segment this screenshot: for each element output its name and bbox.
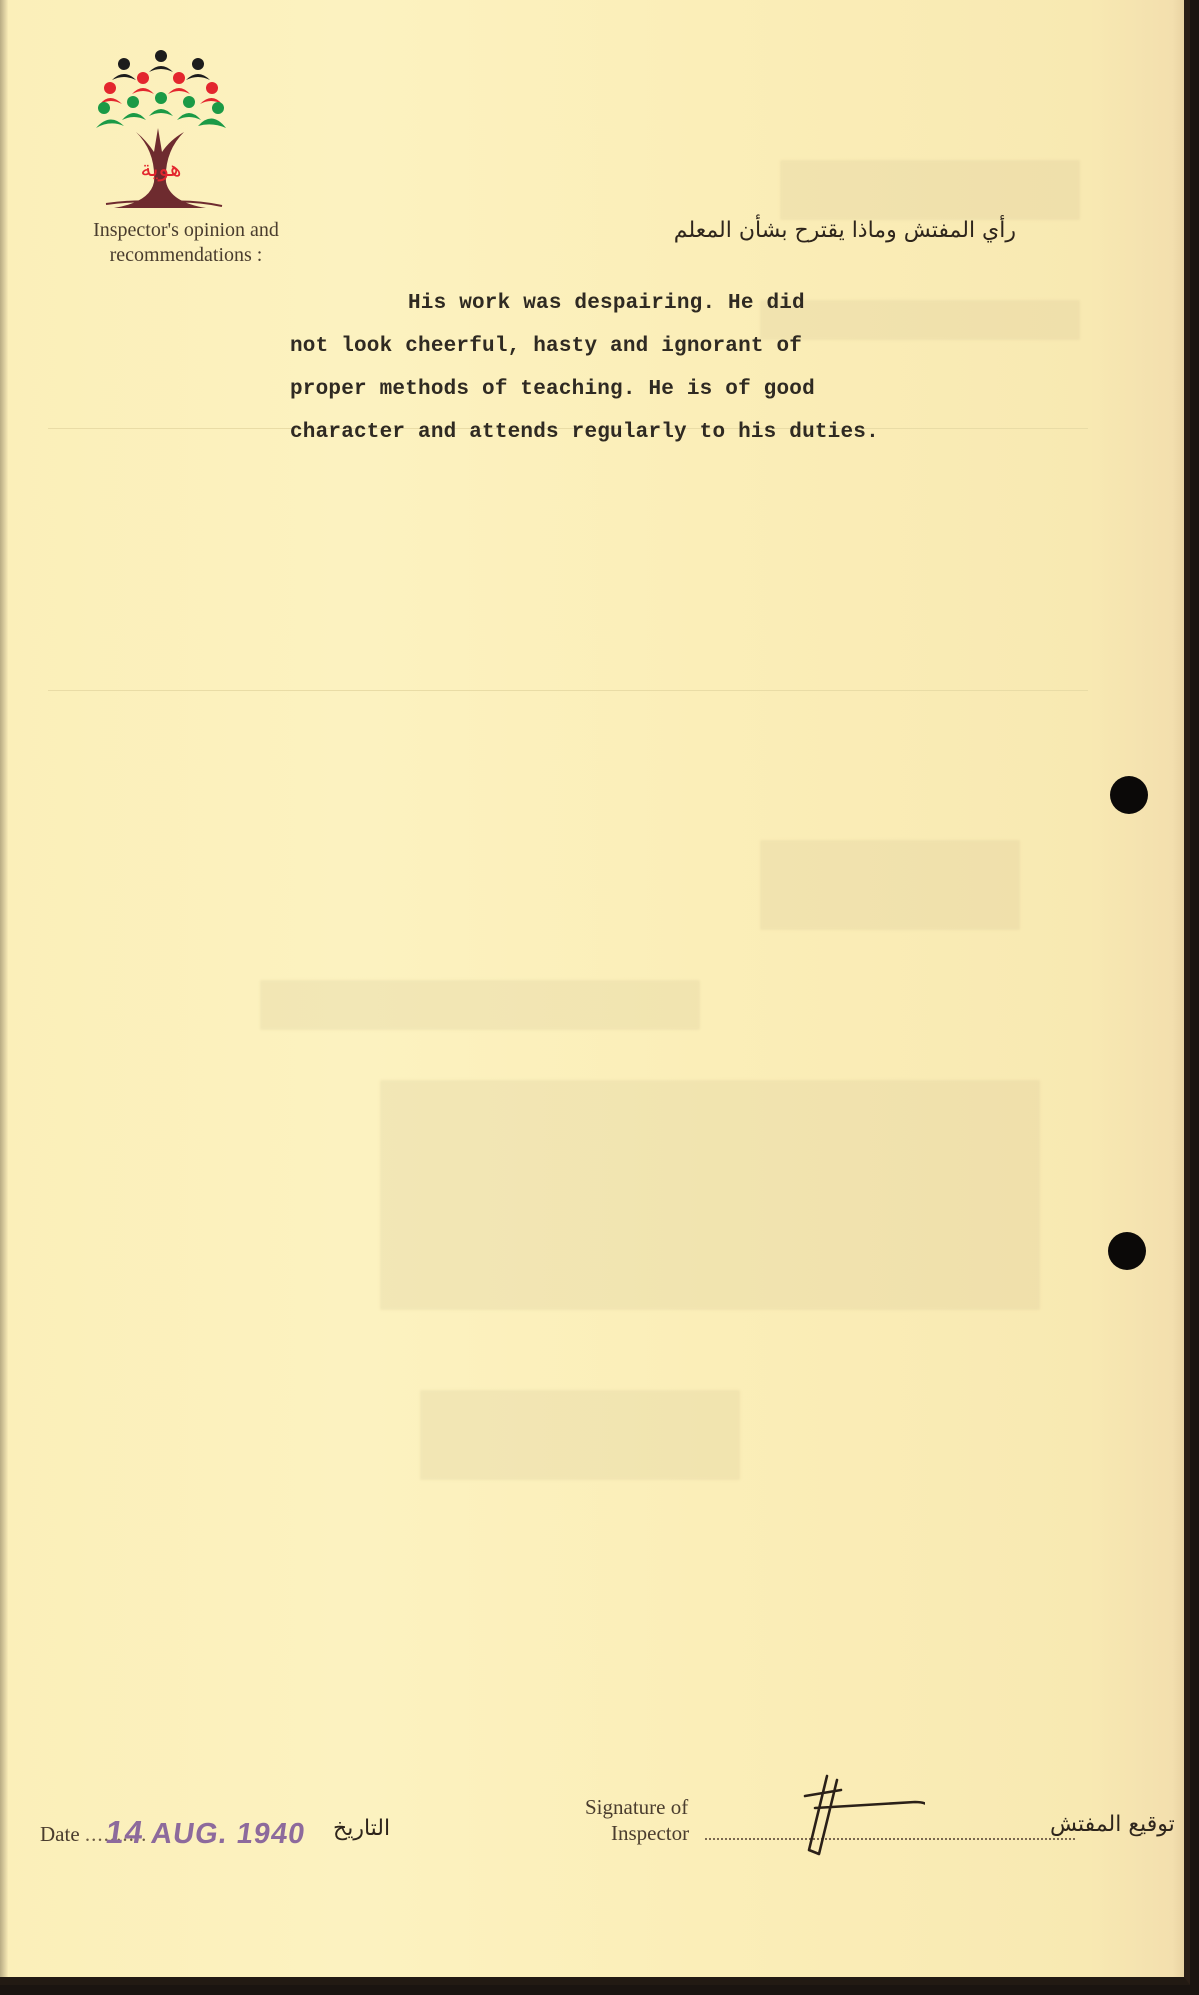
bleed-through-line (48, 690, 1088, 691)
bleed-through-text (260, 980, 700, 1030)
bleed-through-text (760, 840, 1020, 930)
inspector-signature-icon (775, 1768, 925, 1858)
document-page: هوية Inspector's opinion and recommendat… (0, 0, 1190, 1985)
section-label-line1: Inspector's opinion and (93, 219, 279, 241)
section-label-english: Inspector's opinion and recommendations … (56, 218, 316, 268)
signature-label: Signature of Inspector (585, 1794, 689, 1846)
bleed-through-text (420, 1390, 740, 1480)
section-label-line2: recommendations : (110, 244, 263, 266)
signature-label-line1: Signature of (585, 1795, 688, 1819)
date-label: Date (40, 1822, 80, 1846)
signature-label-arabic: توقيع المفتش (1050, 1812, 1175, 1837)
section-label-arabic: رأي المفتش وماذا يقترح بشأن المعلم (674, 218, 1016, 243)
bleed-through-text (380, 1080, 1040, 1310)
remarks-line: His work was despairing. He did (290, 282, 1010, 325)
hawiya-tree-logo-icon: هوية (96, 48, 226, 216)
punch-hole (1108, 1232, 1146, 1270)
punch-hole (1110, 776, 1148, 814)
logo-text: هوية (141, 157, 182, 182)
date-stamp-month-year: AUG. 1940 (149, 1818, 308, 1850)
remarks-line: character and attends regularly to his d… (290, 411, 1010, 454)
date-stamp: 14 AUG. 1940 (103, 1814, 308, 1851)
bleed-through-text (780, 160, 1080, 220)
inspector-remarks: His work was despairing. He did not look… (290, 282, 1010, 454)
remarks-line: proper methods of teaching. He is of goo… (290, 368, 1010, 411)
remarks-line: not look cheerful, hasty and ignorant of (290, 325, 1010, 368)
date-label-arabic: التاريخ (333, 1816, 390, 1841)
signature-label-line2: Inspector (585, 1820, 689, 1846)
date-stamp-day: 14 (104, 1814, 147, 1850)
